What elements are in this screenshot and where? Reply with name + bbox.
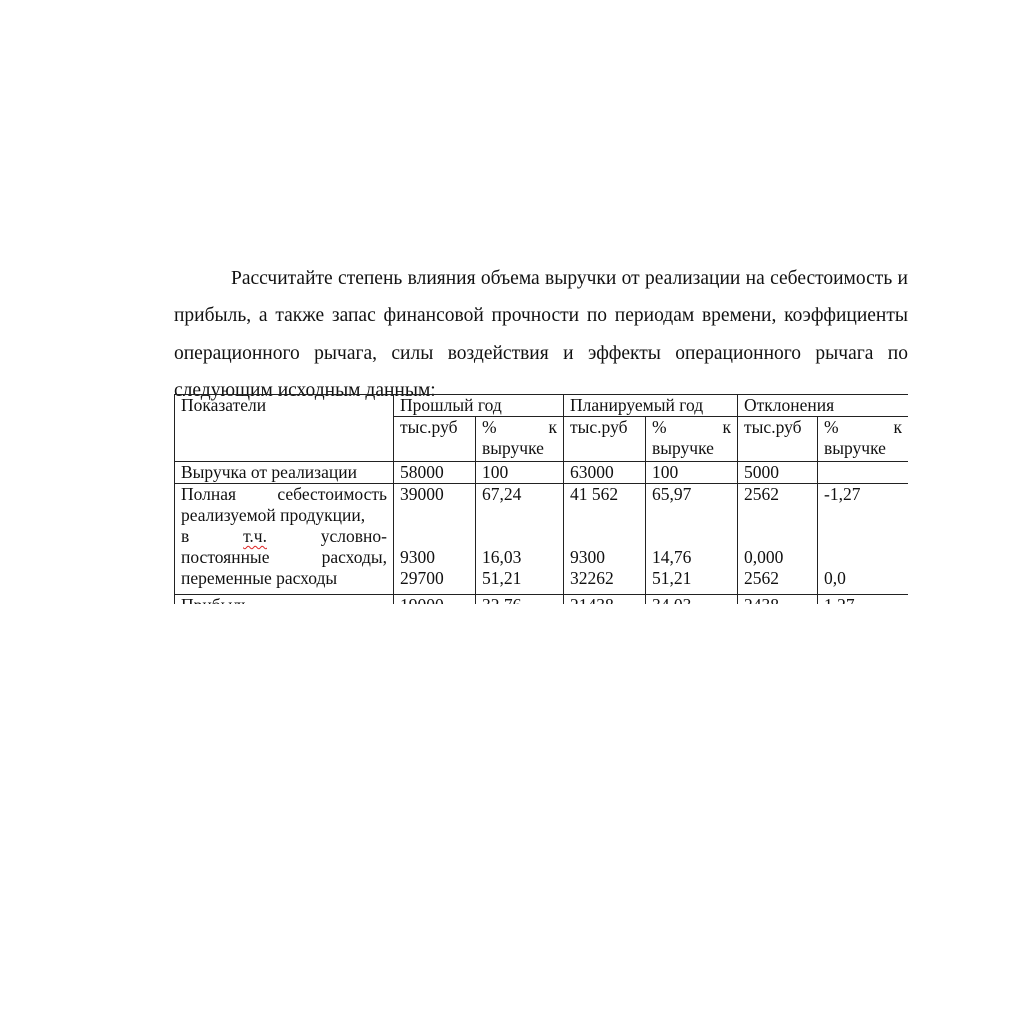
table-row-revenue: Выручка от реализации 58000 100 63000 10… bbox=[175, 462, 909, 484]
cell: 41 562930032262 bbox=[564, 484, 646, 595]
header-row: Показатели Прошлый год Планируемый год О… bbox=[175, 395, 909, 417]
header-last-year: Прошлый год bbox=[394, 395, 564, 417]
subheader-abs: тыс.руб bbox=[394, 417, 476, 462]
row-label: Полнаясебестоимость реализуемой продукци… bbox=[175, 484, 394, 595]
table-row-profit: Прибыль 19000 32,76 21438 34,03 2438 1,2… bbox=[175, 595, 909, 605]
cell: 1,27 bbox=[818, 595, 908, 605]
row-label: Выручка от реализации bbox=[175, 462, 394, 484]
cell: 34,03 bbox=[646, 595, 738, 605]
cell: 39000930029700 bbox=[394, 484, 476, 595]
data-table-container: Показатели Прошлый год Планируемый год О… bbox=[174, 394, 908, 604]
subheader-abs: тыс.руб bbox=[564, 417, 646, 462]
subheader-pct: %квыручке bbox=[476, 417, 564, 462]
cell: 2438 bbox=[738, 595, 818, 605]
cell bbox=[818, 462, 908, 484]
cell: 100 bbox=[476, 462, 564, 484]
data-table: Показатели Прошлый год Планируемый год О… bbox=[174, 394, 908, 604]
subheader-pct: %квыручке bbox=[646, 417, 738, 462]
header-planned-year: Планируемый год bbox=[564, 395, 738, 417]
header-indicators: Показатели bbox=[175, 395, 394, 462]
header-deviations: Отклонения bbox=[738, 395, 908, 417]
task-paragraph: Рассчитайте степень влияния объема выруч… bbox=[174, 260, 908, 410]
cell: 65,9714,7651,21 bbox=[646, 484, 738, 595]
cell: 21438 bbox=[564, 595, 646, 605]
cell: 100 bbox=[646, 462, 738, 484]
cell: 58000 bbox=[394, 462, 476, 484]
row-label: Прибыль bbox=[175, 595, 394, 605]
cell: 5000 bbox=[738, 462, 818, 484]
cell: 67,2416,0351,21 bbox=[476, 484, 564, 595]
cell: 63000 bbox=[564, 462, 646, 484]
cell: 19000 bbox=[394, 595, 476, 605]
cell: -1,270,0 bbox=[818, 484, 908, 595]
subheader-pct: %квыручке bbox=[818, 417, 908, 462]
cell: 25620,0002562 bbox=[738, 484, 818, 595]
table-row-cost: Полнаясебестоимость реализуемой продукци… bbox=[175, 484, 909, 595]
subheader-abs: тыс.руб bbox=[738, 417, 818, 462]
cell: 32,76 bbox=[476, 595, 564, 605]
